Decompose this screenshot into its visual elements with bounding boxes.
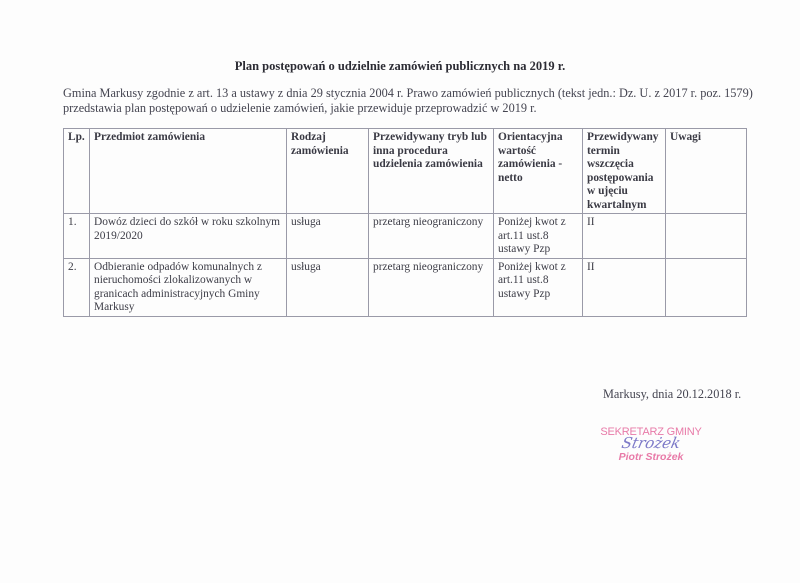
header-notes: Uwagi	[666, 129, 747, 214]
cell-type: usługa	[287, 258, 369, 316]
cell-lp: 2.	[64, 258, 90, 316]
cell-subject: Odbieranie odpadów komunalnych z nieruch…	[90, 258, 287, 316]
stamp-name: Piotr Strożek	[596, 451, 706, 463]
official-stamp: SEKRETARZ GMINY Strożek Piotr Strożek	[596, 426, 706, 463]
cell-notes	[666, 258, 747, 316]
table-header-row: Lp. Przedmiot zamówienia Rodzaj zamówien…	[64, 129, 747, 214]
place-and-date: Markusy, dnia 20.12.2018 r.	[603, 387, 741, 402]
table-row: 2. Odbieranie odpadów komunalnych z nier…	[64, 258, 747, 316]
cell-value: Poniżej kwot z art.11 ust.8 ustawy Pzp	[494, 258, 583, 316]
cell-quarter: II	[583, 258, 666, 316]
cell-type: usługa	[287, 214, 369, 259]
header-type: Rodzaj zamówienia	[287, 129, 369, 214]
header-subject: Przedmiot zamówienia	[90, 129, 287, 214]
cell-lp: 1.	[64, 214, 90, 259]
header-quarter: Przewidywany termin wszczęcia postępowan…	[583, 129, 666, 214]
table-row: 1. Dowóz dzieci do szkół w roku szkolnym…	[64, 214, 747, 259]
cell-quarter: II	[583, 214, 666, 259]
intro-paragraph: Gmina Markusy zgodnie z art. 13 a ustawy…	[63, 86, 763, 116]
cell-procedure: przetarg nieograniczony	[369, 214, 494, 259]
cell-procedure: przetarg nieograniczony	[369, 258, 494, 316]
cell-subject: Dowóz dzieci do szkół w roku szkolnym 20…	[90, 214, 287, 259]
intro-line-1: Gmina Markusy zgodnie z art. 13 a ustawy…	[63, 86, 763, 101]
cell-notes	[666, 214, 747, 259]
intro-line-2: przedstawia plan postępowań o udzielenie…	[63, 101, 763, 116]
document-title: Plan postępowań o udzielnie zamówień pub…	[0, 59, 800, 74]
procurement-plan-table: Lp. Przedmiot zamówienia Rodzaj zamówien…	[63, 128, 747, 317]
handwritten-signature: Strożek	[595, 437, 708, 450]
cell-value: Poniżej kwot z art.11 ust.8 ustawy Pzp	[494, 214, 583, 259]
header-procedure: Przewidywany tryb lub inna procedura udz…	[369, 129, 494, 214]
header-value: Orientacyjna wartość zamówienia - netto	[494, 129, 583, 214]
header-lp: Lp.	[64, 129, 90, 214]
